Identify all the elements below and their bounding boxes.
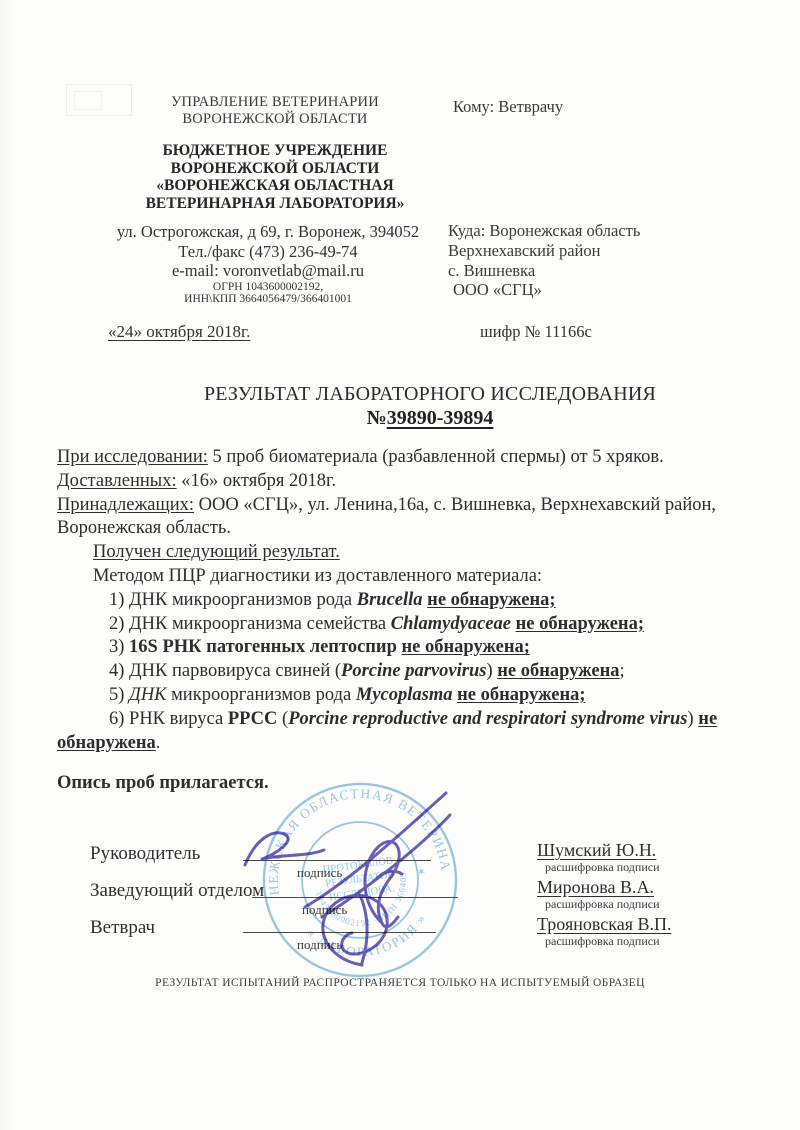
- sender-ogrn: ОГРН 1043600002192,: [78, 281, 458, 294]
- name-caption: расшифровка подписи: [545, 860, 660, 875]
- signature-stroke: [322, 815, 450, 917]
- document-title-block: РЕЗУЛЬТАТ ЛАБОРАТОРНОГО ИССЛЕДОВАНИЯ №39…: [100, 383, 760, 430]
- document-number: №39890-39894: [100, 407, 760, 430]
- handwritten-signatures-ink: [210, 785, 460, 975]
- scanned-page: УПРАВЛЕНИЕ ВЕТЕРИНАРИИ ВОРОНЕЖСКОЙ ОБЛАС…: [0, 0, 800, 1130]
- sender-contacts: ул. Острогожская, д 69, г. Воронеж, 3940…: [78, 222, 458, 306]
- result-item: 1) ДНК микроорганизмов рода Brucella не …: [57, 589, 751, 613]
- organization-name: БЮДЖЕТНОЕ УЧРЕЖДЕНИЕ ВОРОНЕЖСКОЙ ОБЛАСТИ…: [95, 142, 455, 212]
- recipient-address-line: Верхнехавский район: [448, 241, 640, 261]
- result-item: 4) ДНК парвовируса свиней (Porcine parvo…: [57, 660, 751, 684]
- organization-name-line: ВОРОНЕЖСКОЙ ОБЛАСТИ: [95, 160, 455, 178]
- recipient-address-line: ООО «СГЦ»: [448, 280, 640, 300]
- recipient-address-line: Куда: Воронежская область: [448, 221, 640, 241]
- intro-paragraph: Принадлежащих: ООО «СГЦ», ул. Ленина,16а…: [57, 494, 751, 542]
- signee-name: Миронова В.А.: [537, 877, 654, 898]
- number-sign: №: [367, 407, 387, 429]
- name-caption: расшифровка подписи: [545, 897, 660, 912]
- intro-paragraph: Получен следующий результат.: [57, 541, 751, 565]
- signee-name: Шумский Ю.Н.: [537, 840, 656, 861]
- result-item: 3) 16S РНК патогенных лептоспир не обнар…: [57, 636, 751, 660]
- sender-department: УПРАВЛЕНИЕ ВЕТЕРИНАРИИ ВОРОНЕЖСКОЙ ОБЛАС…: [95, 94, 455, 128]
- document-title: РЕЗУЛЬТАТ ЛАБОРАТОРНОГО ИССЛЕДОВАНИЯ: [100, 383, 760, 406]
- organization-name-line: «ВОРОНЕЖСКАЯ ОБЛАСТНАЯ: [95, 177, 455, 195]
- recipient-address: Куда: Воронежская область Верхнехавский …: [448, 221, 640, 300]
- sender-department-line: УПРАВЛЕНИЕ ВЕТЕРИНАРИИ: [95, 94, 455, 111]
- document-date: «24» октября 2018г.: [108, 322, 250, 342]
- sender-department-line: ВОРОНЕЖСКОЙ ОБЛАСТИ: [95, 111, 455, 128]
- sender-phone: Тел./факс (473) 236-49-74: [78, 242, 458, 262]
- document-cipher: шифр № 11166с: [480, 322, 592, 342]
- recipient-to: Кому: Ветврачу: [453, 97, 563, 117]
- result-item: 2) ДНК микроорганизма семейства Chlamydy…: [57, 613, 751, 637]
- organization-name-line: ВЕТЕРИНАРНАЯ ЛАБОРАТОРИЯ»: [95, 195, 455, 213]
- number-value: 39890-39894: [387, 407, 494, 429]
- sender-inn-kpp: ИНН\КПП 3664056479/366401001: [78, 293, 458, 306]
- result-item: 5) ДНК микроорганизмов рода Mycoplasma н…: [57, 684, 751, 708]
- intro-paragraph: Методом ПЦР диагностики из доставленного…: [57, 565, 751, 589]
- recipient-address-line: с. Вишневка: [448, 261, 640, 281]
- role-label: Ветврач: [90, 917, 155, 939]
- signee-name: Трояновская В.П.: [537, 914, 672, 935]
- footer-note: РЕЗУЛЬТАТ ИСПЫТАНИЙ РАСПРОСТРАНЯЕТСЯ ТОЛ…: [0, 977, 800, 989]
- organization-name-line: БЮДЖЕТНОЕ УЧРЕЖДЕНИЕ: [95, 142, 455, 160]
- sender-email: e-mail: voronvetlab@mail.ru: [78, 261, 458, 281]
- role-label: Руководитель: [90, 843, 200, 865]
- intro-paragraph: Доставленных: «16» октября 2018г.: [57, 470, 751, 494]
- signature-stroke: [245, 833, 324, 865]
- result-item: 6) РНК вируса РРСС (Porcine reproductive…: [57, 708, 751, 756]
- sender-address: ул. Острогожская, д 69, г. Воронеж, 3940…: [78, 222, 458, 242]
- document-body: При исследовании: 5 проб биоматериала (р…: [57, 446, 751, 796]
- intro-paragraph: При исследовании: 5 проб биоматериала (р…: [57, 446, 751, 470]
- name-caption: расшифровка подписи: [545, 934, 660, 949]
